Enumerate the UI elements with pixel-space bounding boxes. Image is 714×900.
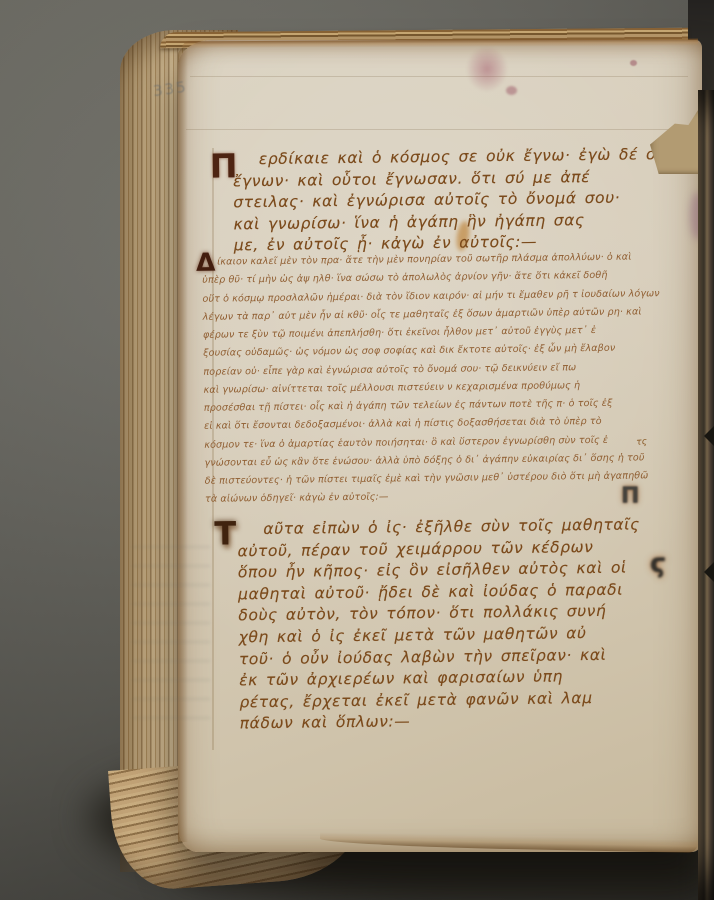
rubric-initial-tau: Τ <box>214 517 236 549</box>
commentary-text-block: ίκαιον καλεῖ μὲν τὸν πρα· ἅτε τὴν μὲν πο… <box>202 248 662 509</box>
ink-blot-stigma-shape: ϛ <box>650 548 666 579</box>
marginal-note: τς <box>636 437 647 448</box>
ink-blot-pi-shape: Π <box>621 484 639 509</box>
manuscript-photo: 335 Π ερδίκαιε καὶ ὁ κόσμος σε οὐκ ἔγνω·… <box>0 0 714 900</box>
gospel-line: πάδων καὶ ὅπλων:— <box>240 709 643 736</box>
book-gutter <box>698 90 714 900</box>
gospel-text-block-upper: ερδίκαιε καὶ ὁ κόσμος σε οὐκ ἔγνω· ἐγὼ δ… <box>233 144 667 257</box>
gospel-text-block-lower: αῦτα εἰπὼν ὁ ἰς· ἐξῆλθε σὺν τοῖς μαθηταῖ… <box>237 514 642 735</box>
written-area: Π ερδίκαιε καὶ ὁ κόσμος σε οὐκ ἔγνω· ἐγὼ… <box>0 0 714 900</box>
